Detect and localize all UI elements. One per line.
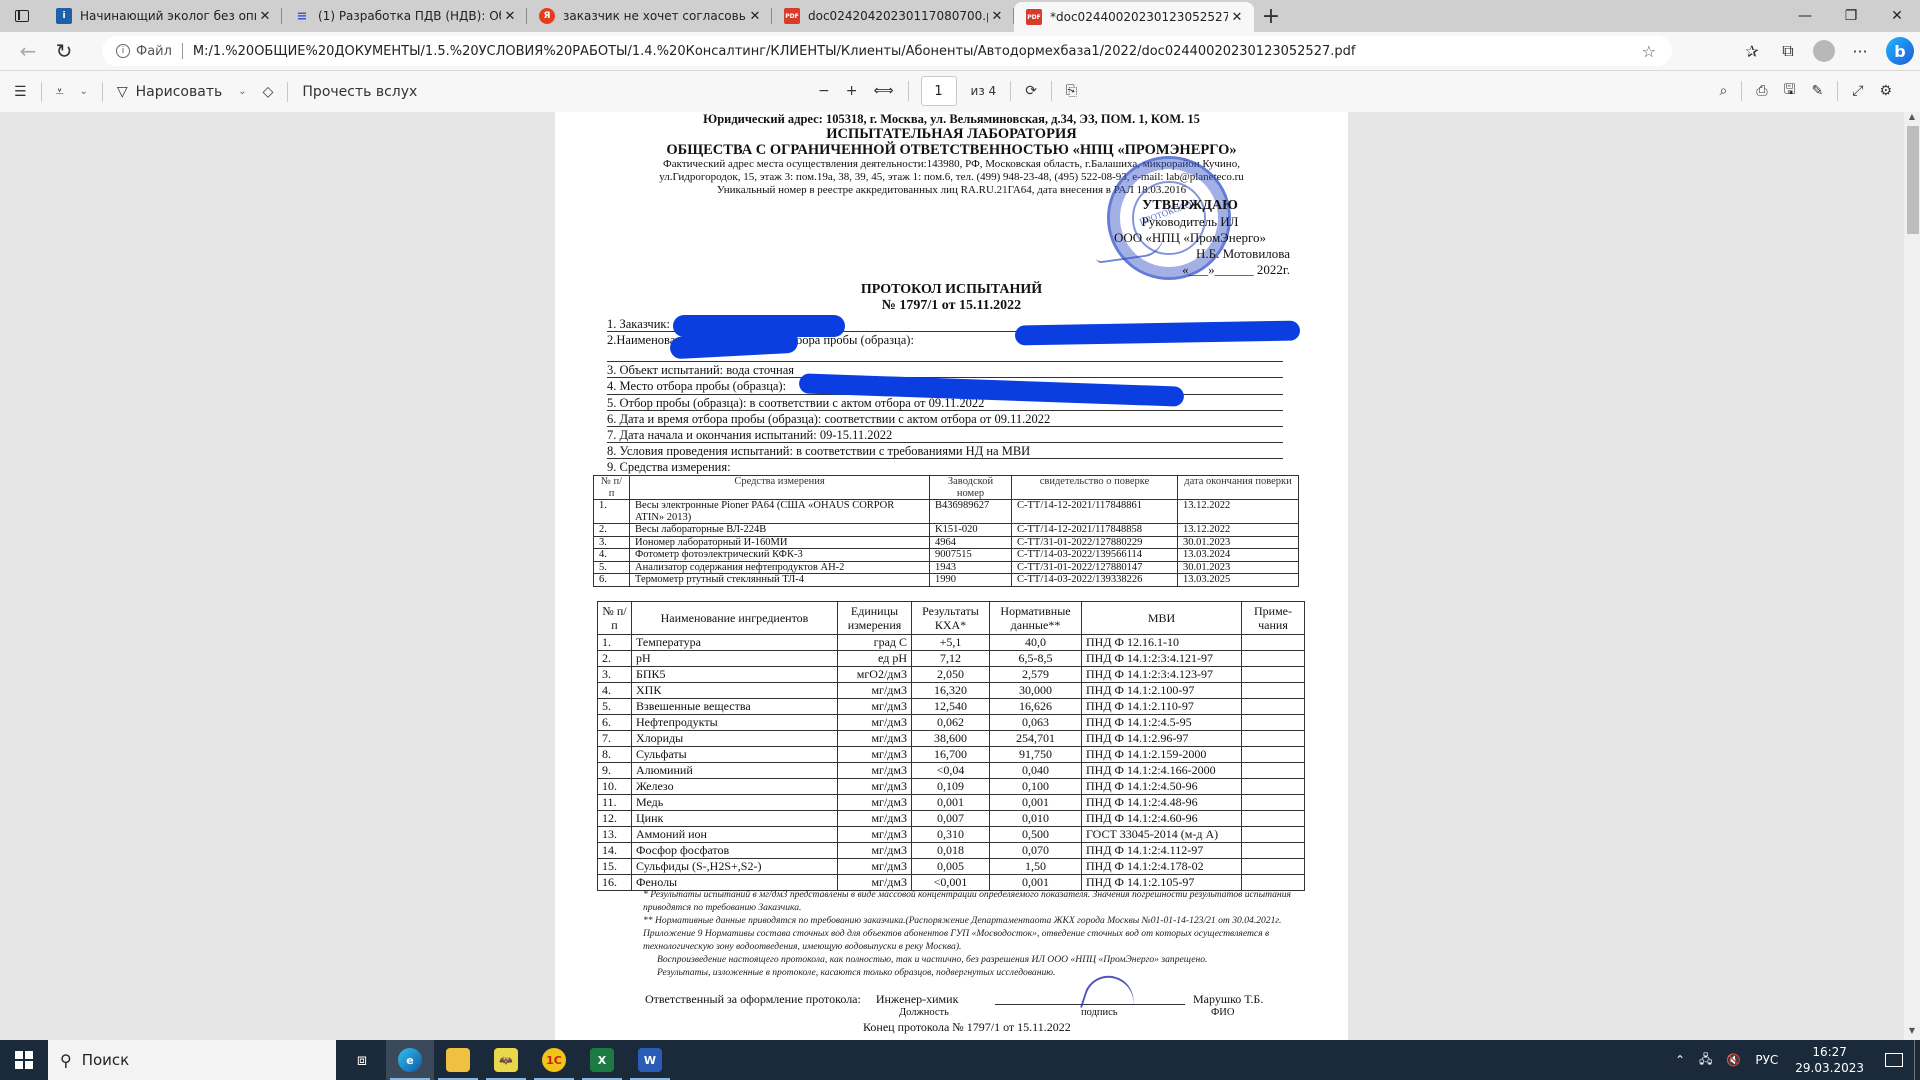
add-favorite-icon[interactable]: ☆	[1642, 42, 1656, 61]
table-cell: 6,5-8,5	[990, 651, 1082, 667]
result-row: 10.Железомг/дм30,1090,100ПНД Ф 14.1:2:4.…	[598, 779, 1305, 795]
excel-icon: X	[590, 1048, 614, 1072]
table-cell: 1990	[930, 574, 1012, 587]
table-cell: Весы электронные Pioner PA64 (США «OHAUS…	[630, 500, 930, 524]
table-cell: 0,109	[912, 779, 990, 795]
pdf-viewer[interactable]: Юридический адрес: 105318, г. Москва, ул…	[0, 112, 1904, 1040]
fit-to-width-icon[interactable]: ⟺	[865, 76, 901, 106]
close-tab-icon[interactable]: ✕	[501, 9, 519, 24]
scroll-up-arrow-icon[interactable]: ▲	[1904, 112, 1920, 126]
table-cell: 3.	[594, 536, 630, 549]
table-cell: 16,320	[912, 683, 990, 699]
org-title: ОБЩЕСТВА С ОГРАНИЧЕННОЙ ОТВЕТСТВЕННОСТЬЮ…	[555, 142, 1348, 158]
scroll-thumb[interactable]	[1907, 126, 1919, 234]
address-separator	[182, 43, 183, 59]
table-cell: ед pH	[838, 651, 912, 667]
scroll-down-arrow-icon[interactable]: ▼	[1904, 1026, 1920, 1040]
table-cell: 40,0	[990, 635, 1082, 651]
table-cell: 0,310	[912, 827, 990, 843]
table-cell: ПНД Ф 14.1:2.110-97	[1082, 699, 1242, 715]
back-button[interactable]: ←	[10, 35, 46, 67]
address-toolbar: ← ↻ i Файл M:/1.%20ОБЩИЕ%20ДОКУМЕНТЫ/1.5…	[0, 32, 1920, 70]
table-cell	[1242, 683, 1305, 699]
table-cell: Цинк	[632, 811, 838, 827]
table-cell: Температура	[632, 635, 838, 651]
table-cell: мг/дм3	[838, 811, 912, 827]
table-cell: <0,04	[912, 763, 990, 779]
table-cell: ПНД Ф 14.1:2.96-97	[1082, 731, 1242, 747]
table-cell: Фосфор фосфатов	[632, 843, 838, 859]
page-total: из 4	[963, 76, 1005, 106]
col-header: Нормативные данные**	[990, 602, 1082, 635]
table-cell: K151-020	[930, 524, 1012, 537]
result-row: 14.Фосфор фосфатовмг/дм30,0180,070ПНД Ф …	[598, 843, 1305, 859]
table-cell: 0,070	[990, 843, 1082, 859]
task-view-icon: ⧈	[357, 1050, 367, 1070]
table-cell: мг/дм3	[838, 699, 912, 715]
table-cell: 4.	[594, 549, 630, 562]
table-cell: 13.12.2022	[1178, 524, 1299, 537]
instrument-row: 6.Термометр ртутный стеклянный ТЛ-41990С…	[594, 574, 1299, 587]
table-cell: мг/дм3	[838, 683, 912, 699]
results-scope-notice: Результаты, изложенные в протоколе, каса…	[643, 966, 1333, 979]
approval-block: УТВЕРЖДАЮ Руководитель ИЛ ООО «НПЦ «Пром…	[1090, 198, 1290, 278]
instrument-row: 1.Весы электронные Pioner PA64 (США «OHA…	[594, 500, 1299, 524]
settings-gear-icon[interactable]: ⚙	[1871, 76, 1900, 106]
clock-date: 29.03.2023	[1795, 1060, 1864, 1076]
responsible-name: Марушко Т.Б.	[1193, 992, 1263, 1006]
name-caption: ФИО	[1211, 1006, 1234, 1020]
table-cell: B436989627	[930, 500, 1012, 524]
fullscreen-icon[interactable]: ⤢	[1844, 76, 1871, 106]
col-header: № п/п	[594, 476, 630, 500]
result-row: 11.Медьмг/дм30,0010,001ПНД Ф 14.1:2:4.48…	[598, 795, 1305, 811]
legal-address: Юридический адрес: 105318, г. Москва, ул…	[555, 112, 1348, 126]
responsible-block: Ответственный за оформление протокола: И…	[645, 992, 1325, 1034]
notifications-button[interactable]	[1874, 1053, 1914, 1067]
table-cell: 1,50	[990, 859, 1082, 875]
result-row: 9.Алюминиймг/дм3<0,040,040ПНД Ф 14.1:2:4…	[598, 763, 1305, 779]
instrument-row: 3.Иономер лабораторный И-160МИ4964С-ТТ/3…	[594, 536, 1299, 549]
table-cell: 9.	[598, 763, 632, 779]
table-cell: ПНД Ф 14.1:2:4.50-96	[1082, 779, 1242, 795]
tab-title: Начинающий эколог без опыта	[80, 9, 256, 23]
collections-icon[interactable]: ⧉	[1770, 35, 1806, 67]
table-cell: 0,018	[912, 843, 990, 859]
col-header: Средства измерения	[630, 476, 930, 500]
table-cell: 6.	[594, 574, 630, 587]
table-cell: ПНД Ф 14.1:2:3:4.121-97	[1082, 651, 1242, 667]
restore-button[interactable]: ❐	[1828, 0, 1874, 32]
col-header: Приме-чания	[1242, 602, 1305, 635]
divider	[41, 82, 42, 102]
table-cell: ПНД Ф 12.16.1-10	[1082, 635, 1242, 651]
field-test-conditions: 8. Условия проведения испытаний: в соотв…	[607, 443, 1283, 459]
approval-date: «___»______ 2022г.	[1090, 262, 1290, 278]
table-cell: 30,000	[990, 683, 1082, 699]
table-cell: Сульфаты	[632, 747, 838, 763]
table-cell	[1242, 763, 1305, 779]
table-cell	[1242, 635, 1305, 651]
minimize-button[interactable]: —	[1782, 0, 1828, 32]
tab-title: doc02420420230117080700.pdf	[808, 9, 988, 23]
tab-ecologist[interactable]: i Начинающий эколог без опыта ✕	[44, 0, 282, 32]
table-cell: град С	[838, 635, 912, 651]
search-placeholder: Поиск	[82, 1051, 130, 1069]
approver-position: Руководитель ИЛ	[1090, 214, 1290, 230]
pdf-favicon-icon: PDF	[1026, 9, 1042, 25]
taskbar-file-explorer[interactable]	[434, 1040, 482, 1080]
tab-actions-button[interactable]	[0, 0, 44, 32]
table-cell: мг/дм3	[838, 795, 912, 811]
table-cell: 6.	[598, 715, 632, 731]
bat-mail-icon: 🦇	[494, 1048, 518, 1072]
site-info-icon[interactable]: i	[116, 44, 130, 58]
tab-title: заказчик не хочет согласовыва	[563, 9, 746, 23]
table-cell: Алюминий	[632, 763, 838, 779]
taskbar-the-bat[interactable]: 🦇	[482, 1040, 530, 1080]
table-cell	[1242, 747, 1305, 763]
table-cell: +5,1	[912, 635, 990, 651]
table-cell: ПНД Ф 14.1:2:4.60-96	[1082, 811, 1242, 827]
pdf-favicon-icon: PDF	[784, 8, 800, 24]
taskbar-search[interactable]: ⚲ Поиск	[48, 1040, 336, 1080]
reproduction-notice: Воспроизведение настоящего протокола, ка…	[643, 953, 1333, 966]
table-cell: С-ТТ/14-03-2022/139566114	[1012, 549, 1178, 562]
table-cell	[1242, 843, 1305, 859]
result-row: 4.ХПКмг/дм316,32030,000ПНД Ф 14.1:2.100-…	[598, 683, 1305, 699]
table-cell: 13.03.2024	[1178, 549, 1299, 562]
search-icon[interactable]: ⌕	[1712, 76, 1736, 106]
page-view-icon[interactable]: ⎘	[1058, 76, 1085, 106]
table-cell: 9007515	[930, 549, 1012, 562]
table-cell: мг/дм3	[838, 747, 912, 763]
result-row: 12.Цинкмг/дм30,0070,010ПНД Ф 14.1:2:4.60…	[598, 811, 1305, 827]
table-cell	[1242, 779, 1305, 795]
tab-title: (1) Разработка ПДВ (НДВ): Общ	[318, 9, 501, 23]
table-cell: Железо	[632, 779, 838, 795]
draw-options-chevron-icon[interactable]: ⌄	[230, 77, 254, 107]
result-row: 15.Сульфиды (S-,H2S+,S2-)мг/дм30,0051,50…	[598, 859, 1305, 875]
divider	[1010, 81, 1011, 101]
clock-time: 16:27	[1795, 1044, 1864, 1060]
table-cell: 5.	[594, 561, 630, 574]
approver-org: ООО «НПЦ «ПромЭнерго»	[1090, 230, 1290, 246]
table-cell: мг/дм3	[838, 779, 912, 795]
browser-tools: ✰ ⧉ ··· b	[1734, 32, 1920, 70]
instrument-row: 2.Весы лабораторные ВЛ-224ВK151-020С-ТТ/…	[594, 524, 1299, 537]
result-row: 2.pHед pH7,126,5-8,5ПНД Ф 14.1:2:3:4.121…	[598, 651, 1305, 667]
table-cell: Сульфиды (S-,H2S+,S2-)	[632, 859, 838, 875]
results-table: № п/п Наименование ингредиентов Единицы …	[597, 601, 1305, 891]
forum-favicon-icon: ≡	[294, 8, 310, 24]
col-header: МВИ	[1082, 602, 1242, 635]
table-cell: pH	[632, 651, 838, 667]
highlight-icon[interactable]: ⩡	[48, 77, 72, 107]
table-cell: 7.	[598, 731, 632, 747]
search-icon: ⚲	[60, 1051, 72, 1070]
responsible-position: Инженер-химик	[876, 992, 959, 1006]
zoom-in-icon[interactable]: +	[838, 76, 866, 106]
table-cell: 1.	[598, 635, 632, 651]
taskbar-edge[interactable]: e	[386, 1040, 434, 1080]
divider	[908, 81, 909, 101]
table-cell: 0,500	[990, 827, 1082, 843]
tab-pdv-forum[interactable]: ≡ (1) Разработка ПДВ (НДВ): Общ ✕	[282, 0, 527, 32]
table-cell: БПК5	[632, 667, 838, 683]
instruments-table: № п/п Средства измерения Заводской номер…	[593, 475, 1299, 587]
table-cell: С-ТТ/14-03-2022/139338226	[1012, 574, 1178, 587]
page-number-input[interactable]: 1	[921, 76, 957, 106]
windows-logo-icon	[15, 1051, 33, 1069]
draw-icon[interactable]: ▽	[109, 77, 136, 107]
read-aloud-button[interactable]: Прочесть вслух	[294, 77, 425, 107]
show-desktop-button[interactable]	[1914, 1040, 1920, 1080]
tab-pdf-1[interactable]: PDF doc02420420230117080700.pdf ✕	[772, 0, 1014, 32]
table-cell: 8.	[598, 747, 632, 763]
favorites-icon[interactable]: ✰	[1734, 35, 1770, 67]
input-language[interactable]: РУС	[1748, 1053, 1785, 1067]
table-cell: ХПК	[632, 683, 838, 699]
task-view-button[interactable]: ⧈	[338, 1040, 386, 1080]
footnote-norms: ** Нормативные данные приводятся по треб…	[643, 914, 1333, 953]
table-cell: 16,626	[990, 699, 1082, 715]
approver-name: Н.Б. Мотовилова	[1090, 246, 1290, 262]
table-cell: 7,12	[912, 651, 990, 667]
taskbar-excel[interactable]: X	[578, 1040, 626, 1080]
protocol-title: ПРОТОКОЛ ИСПЫТАНИЙ	[555, 282, 1348, 298]
system-tray: ⌃ 🖧 🔇 РУС 16:27 29.03.2023	[1668, 1040, 1920, 1080]
table-cell: мг/дм3	[838, 827, 912, 843]
table-cell: 4964	[930, 536, 1012, 549]
field-sampling-datetime: 6. Дата и время отбора пробы (образца): …	[607, 411, 1283, 427]
table-cell: Термометр ртутный стеклянный ТЛ-4	[630, 574, 930, 587]
volume-muted-icon[interactable]: 🔇	[1719, 1053, 1748, 1067]
table-cell: С-ТТ/31-01-2022/127880229	[1012, 536, 1178, 549]
document-header: Юридический адрес: 105318, г. Москва, ул…	[555, 112, 1348, 197]
profile-avatar[interactable]	[1813, 40, 1835, 62]
table-cell: ПНД Ф 14.1:2:3:4.123-97	[1082, 667, 1242, 683]
table-cell: 0,001	[990, 795, 1082, 811]
table-cell: Нефтепродукты	[632, 715, 838, 731]
divider	[287, 82, 288, 102]
table-cell: 11.	[598, 795, 632, 811]
col-header: свидетельство о поверке	[1012, 476, 1178, 500]
field-test-object: 3. Объект испытаний: вода сточная	[607, 362, 1283, 378]
result-row: 8.Сульфатымг/дм316,70091,750ПНД Ф 14.1:2…	[598, 747, 1305, 763]
table-cell: ПНД Ф 14.1:2:4.112-97	[1082, 843, 1242, 859]
instrument-row: 4.Фотометр фотоэлектрический КФК-3900751…	[594, 549, 1299, 562]
col-header: Результаты КХА*	[912, 602, 990, 635]
result-row: 6.Нефтепродуктымг/дм30,0620,063ПНД Ф 14.…	[598, 715, 1305, 731]
table-cell: 2,050	[912, 667, 990, 683]
table-cell: 15.	[598, 859, 632, 875]
actual-address-line-2: ул.Гидрогородок, 15, этаж 3: пом.19а, 38…	[555, 171, 1348, 184]
table-cell: 2,579	[990, 667, 1082, 683]
col-header: дата окончания поверки	[1178, 476, 1299, 500]
table-cell: 16.	[598, 875, 632, 891]
table-cell: 3.	[598, 667, 632, 683]
table-cell	[1242, 811, 1305, 827]
tab-actions-icon	[15, 10, 29, 22]
pdf-toolbar: ☰ ⩡ ⌄ ▽ Нарисовать ⌄ ◇ Прочесть вслух − …	[0, 70, 1920, 112]
bing-chat-icon[interactable]: b	[1886, 37, 1914, 65]
table-cell: мг/дм3	[838, 763, 912, 779]
table-cell: Медь	[632, 795, 838, 811]
result-row: 3.БПК5мгО2/дм32,0502,579ПНД Ф 14.1:2:3:4…	[598, 667, 1305, 683]
instrument-row: 5.Анализатор содержания нефтепродуктов А…	[594, 561, 1299, 574]
table-cell: 16,700	[912, 747, 990, 763]
table-cell: 91,750	[990, 747, 1082, 763]
actual-address-line-1: Фактический адрес места осуществления де…	[555, 158, 1348, 171]
close-tab-icon[interactable]: ✕	[746, 9, 764, 24]
table-cell: ПНД Ф 14.1:2:4.48-96	[1082, 795, 1242, 811]
yandex-favicon-icon: Я	[539, 8, 555, 24]
table-cell: Иономер лабораторный И-160МИ	[630, 536, 930, 549]
table-cell: мг/дм3	[838, 731, 912, 747]
zoom-out-icon[interactable]: −	[810, 76, 838, 106]
table-cell: 13.03.2025	[1178, 574, 1299, 587]
table-cell: мг/дм3	[838, 715, 912, 731]
table-cell	[1242, 859, 1305, 875]
table-cell: 0,005	[912, 859, 990, 875]
table-cell: ГОСТ 33045-2014 (м-д А)	[1082, 827, 1242, 843]
print-icon[interactable]: ⎙	[1748, 76, 1775, 106]
pdf-page: Юридический адрес: 105318, г. Москва, ул…	[555, 112, 1348, 1040]
table-cell: 0,010	[990, 811, 1082, 827]
approval-title: УТВЕРЖДАЮ	[1090, 198, 1290, 214]
result-row: 7.Хлоридымг/дм338,600254,701ПНД Ф 14.1:2…	[598, 731, 1305, 747]
table-cell: ПНД Ф 14.1:2.159-2000	[1082, 747, 1242, 763]
save-as-icon[interactable]: ✎	[1804, 76, 1832, 106]
table-cell: ПНД Ф 14.1:2:4.5-95	[1082, 715, 1242, 731]
registry-line: Уникальный номер в реестре аккредитованн…	[555, 184, 1348, 197]
result-row: 13.Аммоний ионмг/дм30,3100,500ГОСТ 33045…	[598, 827, 1305, 843]
table-cell: 0,040	[990, 763, 1082, 779]
new-tab-button[interactable]: +	[1254, 0, 1288, 32]
table-cell	[1242, 795, 1305, 811]
folder-icon	[446, 1048, 470, 1072]
table-cell	[1242, 667, 1305, 683]
table-cell: Хлориды	[632, 731, 838, 747]
tab-pdf-active[interactable]: PDF *doc02440020230123052527.pdf ✕	[1014, 2, 1254, 32]
close-tab-icon[interactable]: ✕	[256, 9, 274, 24]
url-text[interactable]: M:/1.%20ОБЩИЕ%20ДОКУМЕНТЫ/1.5.%20УСЛОВИЯ…	[193, 44, 1356, 59]
close-tab-icon[interactable]: ✕	[988, 9, 1006, 24]
more-menu-button[interactable]: ···	[1842, 35, 1878, 67]
scheme-label: Файл	[136, 44, 172, 59]
table-cell: мгО2/дм3	[838, 667, 912, 683]
close-window-button[interactable]: ✕	[1874, 0, 1920, 32]
vertical-scrollbar[interactable]: ▲ ▼	[1904, 112, 1920, 1040]
show-hidden-icons-chevron-icon[interactable]: ⌃	[1668, 1053, 1692, 1067]
save-icon[interactable]: 🖫	[1776, 76, 1804, 106]
clock[interactable]: 16:27 29.03.2023	[1785, 1044, 1874, 1076]
network-icon[interactable]: 🖧	[1692, 1050, 1719, 1071]
taskbar-word[interactable]: W	[626, 1040, 674, 1080]
position-caption: Должность	[899, 1006, 949, 1020]
table-cell: 2.	[594, 524, 630, 537]
table-cell: С-ТТ/14-12-2021/117848858	[1012, 524, 1178, 537]
table-cell: 5.	[598, 699, 632, 715]
protocol-end-line: Конец протокола № 1797/1 от 15.11.2022	[863, 1020, 1071, 1034]
table-cell: ПНД Ф 14.1:2.100-97	[1082, 683, 1242, 699]
table-cell: 0,063	[990, 715, 1082, 731]
table-cell: 254,701	[990, 731, 1082, 747]
col-header: Наименование ингредиентов	[632, 602, 838, 635]
table-cell: 0,007	[912, 811, 990, 827]
notification-icon	[1885, 1053, 1903, 1067]
ecology-site-favicon-icon: i	[56, 8, 72, 24]
table-cell: 0,100	[990, 779, 1082, 795]
pdf-right-tools: ⌕ ⎙ 🖫 ✎ ⤢ ⚙	[1712, 76, 1900, 106]
table-cell	[1242, 715, 1305, 731]
table-cell: Фотометр фотоэлектрический КФК-3	[630, 549, 930, 562]
signature-caption: подпись	[1081, 1006, 1118, 1020]
edge-icon: e	[398, 1048, 422, 1072]
divider	[1051, 81, 1052, 101]
table-cell	[1242, 651, 1305, 667]
draw-button[interactable]: Нарисовать	[136, 77, 231, 107]
table-cell: 38,600	[912, 731, 990, 747]
table-cell: С-ТТ/31-01-2022/127880147	[1012, 561, 1178, 574]
field-instruments: 9. Средства измерения:	[607, 459, 1283, 475]
table-cell: 12,540	[912, 699, 990, 715]
browser-tab-strip: i Начинающий эколог без опыта ✕ ≡ (1) Ра…	[0, 0, 1920, 32]
table-cell: Анализатор содержания нефтепродуктов АН-…	[630, 561, 930, 574]
contents-icon[interactable]: ☰	[6, 77, 35, 107]
eraser-icon[interactable]: ◇	[255, 77, 282, 107]
col-header: № п/п	[598, 602, 632, 635]
table-cell: 2.	[598, 651, 632, 667]
close-tab-icon[interactable]: ✕	[1228, 10, 1246, 25]
window-controls: — ❐ ✕	[1782, 0, 1920, 32]
field-test-dates: 7. Дата начала и окончания испытаний: 09…	[607, 427, 1283, 443]
table-cell: ПНД Ф 14.1:2:4.178-02	[1082, 859, 1242, 875]
word-icon: W	[638, 1048, 662, 1072]
address-bar[interactable]: i Файл M:/1.%20ОБЩИЕ%20ДОКУМЕНТЫ/1.5.%20…	[102, 36, 1672, 66]
table-cell: С-ТТ/14-12-2021/117848861	[1012, 500, 1178, 524]
divider	[1837, 81, 1838, 101]
table-cell: ПНД Ф 14.1:2:4.166-2000	[1082, 763, 1242, 779]
highlight-options-chevron-icon[interactable]: ⌄	[71, 77, 95, 107]
results-header-row: № п/п Наименование ингредиентов Единицы …	[598, 602, 1305, 635]
rotate-icon[interactable]: ⟳	[1017, 76, 1045, 106]
divider	[102, 82, 103, 102]
table-cell: 4.	[598, 683, 632, 699]
table-cell: 0,062	[912, 715, 990, 731]
tab-yandex[interactable]: Я заказчик не хочет согласовыва ✕	[527, 0, 772, 32]
page-controls: − + ⟺ 1 из 4 ⟳ ⎘	[810, 76, 1085, 106]
refresh-button[interactable]: ↻	[46, 35, 82, 67]
1c-icon: 1С	[542, 1048, 566, 1072]
col-header: Единицы измерения	[838, 602, 912, 635]
lab-title: ИСПЫТАТЕЛЬНАЯ ЛАБОРАТОРИЯ	[555, 126, 1348, 142]
table-cell: 30.01.2023	[1178, 561, 1299, 574]
table-cell: 30.01.2023	[1178, 536, 1299, 549]
protocol-number: № 1797/1 от 15.11.2022	[555, 298, 1348, 314]
windows-taskbar: ⚲ Поиск ⧈ e 🦇 1С X W ⌃ 🖧 🔇 РУС 16:27 29.…	[0, 1040, 1920, 1080]
table-cell: мг/дм3	[838, 843, 912, 859]
table-cell: 1943	[930, 561, 1012, 574]
table-cell: 13.	[598, 827, 632, 843]
taskbar-1c[interactable]: 1С	[530, 1040, 578, 1080]
result-row: 5.Взвешенные веществамг/дм312,54016,626П…	[598, 699, 1305, 715]
table-cell: 10.	[598, 779, 632, 795]
start-button[interactable]	[0, 1040, 48, 1080]
table-cell: 1.	[594, 500, 630, 524]
table-cell: 0,001	[912, 795, 990, 811]
